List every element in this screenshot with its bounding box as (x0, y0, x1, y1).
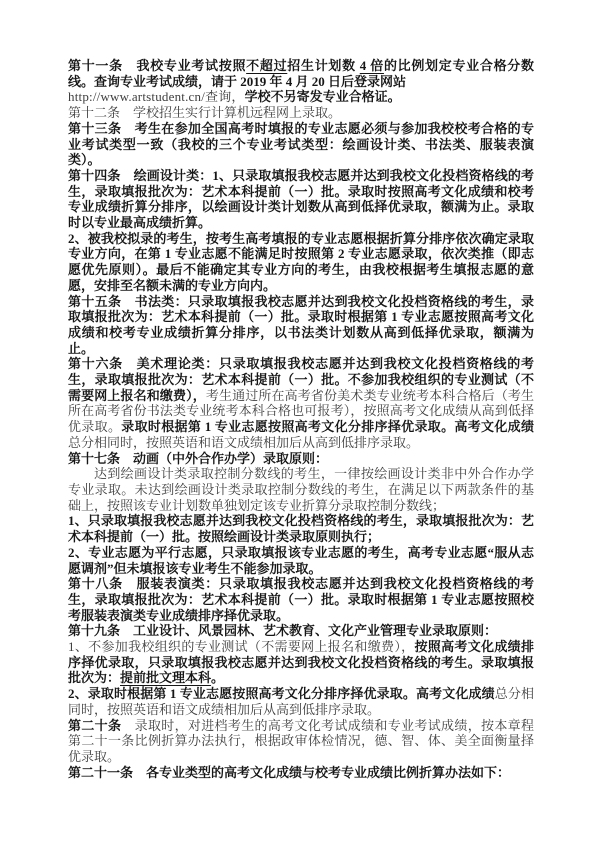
paragraph: 2、被我校拟录的考生，按考生高考填报的专业志愿根据折算分排序依次确定录取专业方向… (68, 231, 534, 294)
text-run: 2、被我校拟录的考生，按考生高考填报的专业志愿根据折算分排序依次确定录取专业方向… (68, 231, 534, 293)
paragraph: 第十九条 工业设计、风景园林、艺术教育、文化产业管理专业录取原则： (68, 623, 534, 639)
text-run: 第十二条 学校招生实行计算机远程网上录取。 (68, 105, 341, 120)
text-run: 招生计划数 (287, 58, 359, 73)
text-run: 第十九条 工业设计、风景园林、艺术教育、文化产业管理专业录取原则： (68, 623, 497, 638)
paragraph: 第十八条 服装表演类：只录取填报我校志愿并达到我校文化投档资格线的考生，录取填报… (68, 576, 534, 623)
text-run: 2、录取时根据第 1 专业志愿按照高考文化分排序择优录取。高考文化成绩 (68, 686, 495, 701)
text-run: 第二十一条 各专业类型的高考文化成绩与校考专业成绩比例折算办法如下： (68, 765, 510, 780)
text-run: 4 倍 (360, 58, 384, 73)
paragraph: 1、只录取填报我校志愿并达到我校文化投档资格线的考生，录取填报批次为：艺术本科提… (68, 513, 534, 544)
paragraph: 第十四条 绘画设计类：1、只录取填报我校志愿并达到我校文化投档资格线的考生，录取… (68, 168, 534, 231)
text-run: 1、不参加我校组织的专业测试（不需要网上报名和缴费）， (68, 639, 414, 654)
text-run: 录取时根据第 1 专业志愿按照高考文化分排序择优录取。高考文化成绩 (121, 419, 534, 434)
paragraph: 第十三条 考生在参加全国高考时填报的专业志愿必须与参加我校校考合格的专业考试类型… (68, 121, 534, 168)
paragraph: 达到绘画设计类录取控制分数线的考生，一律按绘画设计类非中外合作办学专业录取。未达… (68, 466, 534, 513)
text-run: 第十八条 服装表演类：只录取填报我校志愿并达到我校文化投档资格线的考生，录取填报… (68, 576, 534, 622)
paragraph: 2、录取时根据第 1 专业志愿按照高考文化分排序择优录取。高考文化成绩总分相同时… (68, 686, 534, 717)
text-run: 录取时，对进档考生的高考文化考试成绩和专业考试成绩，按本章程第二十一条比例折算办… (68, 718, 534, 764)
paragraph: 第十七条 动画（中外合作办学）录取原则： (68, 451, 534, 467)
text-run: 达到绘画设计类录取控制分数线的考生，一律按绘画设计类非中外合作办学专业录取。未达… (68, 466, 534, 512)
text-run: 提前批文理本科 (120, 670, 211, 685)
text-run: 第十七条 动画（中外合作办学）录取原则： (68, 451, 328, 466)
url-text: http://www.artstudent.cn/查询， (68, 89, 245, 104)
text-run: 学校不另寄发专业合格证。 (245, 89, 401, 104)
document-page: 第十一条 我校专业考试按照不超过招生计划数 4 倍的比例划定专业合格分数线。查询… (0, 0, 595, 842)
paragraph: 第十五条 书法类：只录取填报我校志愿并达到我校文化投档资格线的考生，录取填报批次… (68, 294, 534, 357)
text-run: 第十四条 绘画设计类：1、只录取填报我校志愿并达到我校文化投档资格线的考生，录取… (68, 168, 534, 230)
paragraph: 第二十条 录取时，对进档考生的高考文化考试成绩和专业考试成绩，按本章程第二十一条… (68, 718, 534, 765)
document-body: 第十一条 我校专业考试按照不超过招生计划数 4 倍的比例划定专业合格分数线。查询… (68, 58, 534, 780)
text-run: 。 (211, 670, 224, 685)
text-run: 总分相同时，按照英语和语文成绩相加后从高到低排序录取。 (68, 435, 419, 450)
text-run: 第二十条 (68, 718, 135, 733)
text-run: 不超过 (246, 58, 287, 73)
paragraph: 2、专业志愿为平行志愿，只录取填报该专业志愿的考生，高考专业志愿“服从志愿调剂”… (68, 545, 534, 576)
text-run: 第十三条 考生在参加全国高考时填报的专业志愿必须与参加我校校考合格的专业考试类型… (68, 121, 534, 167)
text-run: 第十一条 我校专业考试按照 (68, 58, 246, 73)
text-run: 2、专业志愿为平行志愿，只录取填报该专业志愿的考生，高考专业志愿“服从志愿调剂”… (68, 545, 534, 576)
paragraph: 第十六条 美术理论类：只录取填报我校志愿并达到我校文化投档资格线的考生，录取填报… (68, 356, 534, 450)
text-run: 1、只录取填报我校志愿并达到我校文化投档资格线的考生，录取填报批次为：艺术本科提… (68, 513, 534, 544)
text-run: 第十五条 书法类：只录取填报我校志愿并达到我校文化投档资格线的考生，录取填报批次… (68, 294, 534, 356)
paragraph: 1、不参加我校组织的专业测试（不需要网上报名和缴费），按照高考文化成绩排序择优录… (68, 639, 534, 686)
paragraph: 第十一条 我校专业考试按照不超过招生计划数 4 倍的比例划定专业合格分数线。查询… (68, 58, 534, 105)
paragraph: 第二十一条 各专业类型的高考文化成绩与校考专业成绩比例折算办法如下： (68, 765, 534, 781)
paragraph: 第十二条 学校招生实行计算机远程网上录取。 (68, 105, 534, 121)
